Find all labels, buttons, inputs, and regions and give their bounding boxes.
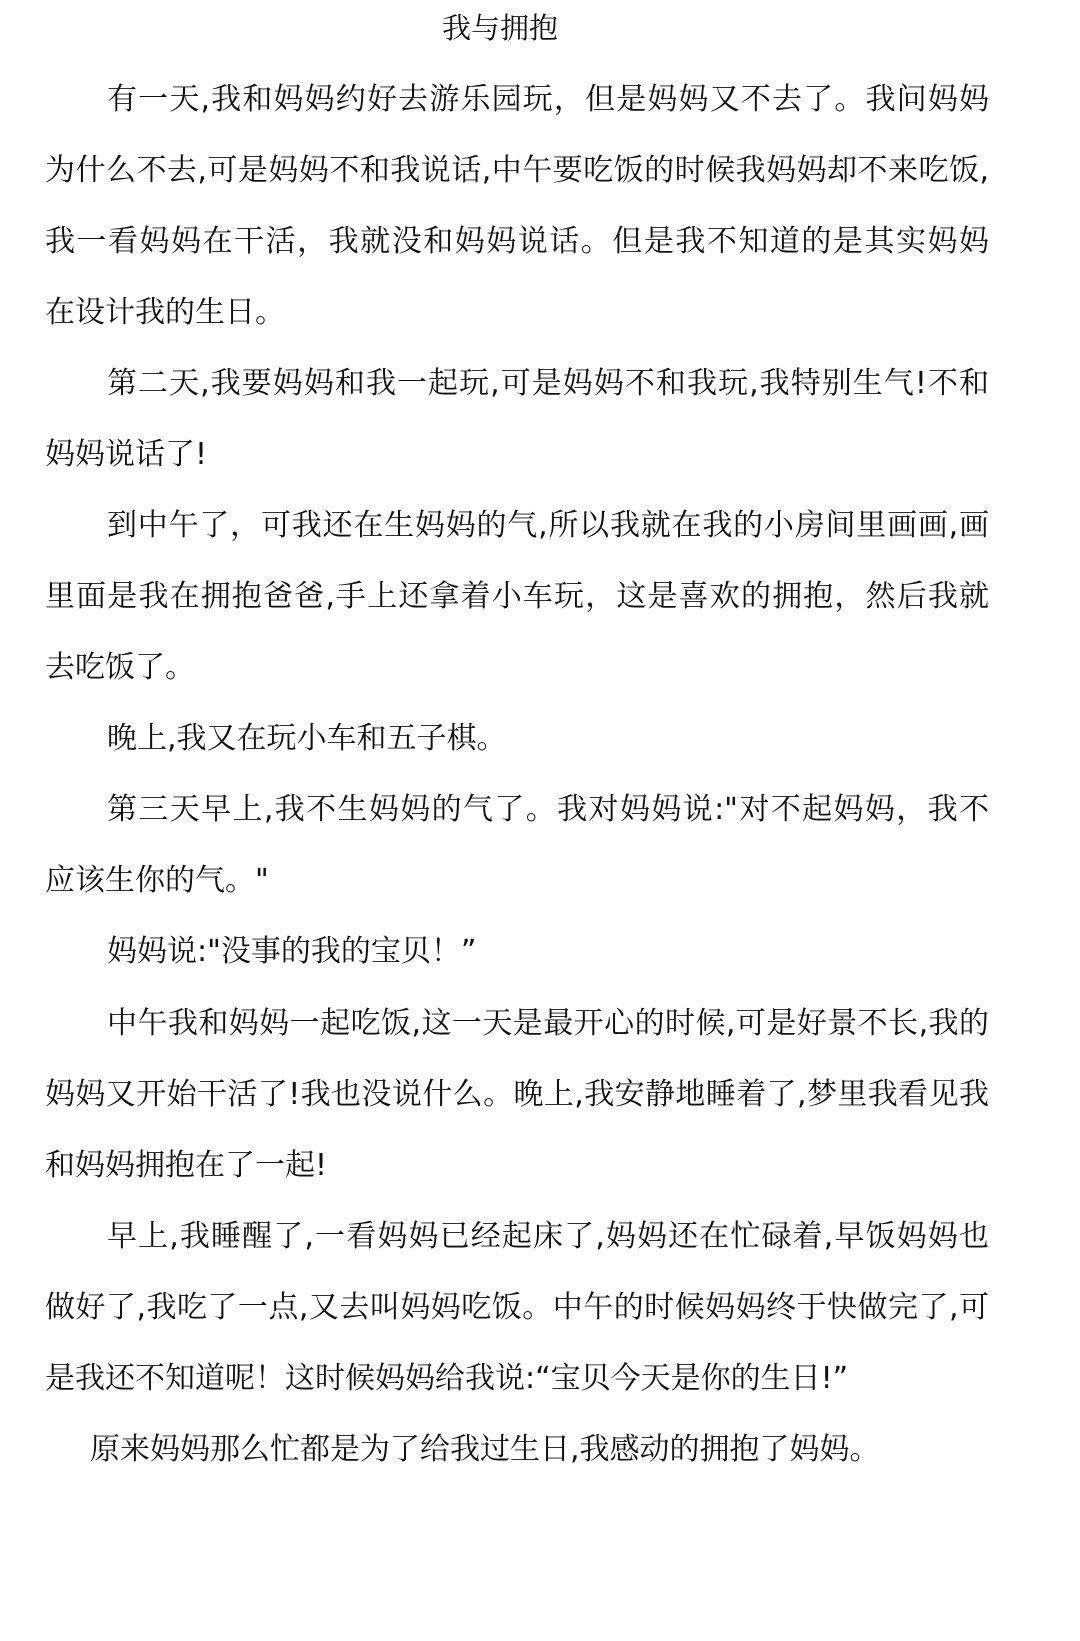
paragraph-line: 我一看妈妈在干活，我就没和妈妈说话。但是我不知道的是其实妈妈 bbox=[45, 222, 989, 262]
paragraph-line: 为什么不去,可是妈妈不和我说话,中午要吃饭的时候我妈妈却不来吃饭, bbox=[45, 151, 989, 191]
paragraph-line: 第二天,我要妈妈和我一起玩,可是妈妈不和我玩,我特别生气!不和 bbox=[107, 364, 989, 404]
paragraph-line: 有一天,我和妈妈约好去游乐园玩，但是妈妈又不去了。我问妈妈 bbox=[107, 80, 989, 120]
paragraph-line: 应该生你的气。" bbox=[45, 861, 269, 901]
paragraph-line: 原来妈妈那么忙都是为了给我过生日,我感动的拥抱了妈妈。 bbox=[90, 1430, 880, 1470]
paragraph-line: 里面是我在拥抱爸爸,手上还拿着小车玩，这是喜欢的拥抱，然后我就 bbox=[45, 577, 989, 617]
paragraph-line: 妈妈又开始干活了!我也没说什么。晚上,我安静地睡着了,梦里我看见我 bbox=[45, 1075, 989, 1115]
paragraph-line: 早上,我睡醒了,一看妈妈已经起床了,妈妈还在忙碌着,早饭妈妈也 bbox=[107, 1217, 989, 1257]
paragraph-line: 到中午了，可我还在生妈妈的气,所以我就在我的小房间里画画,画 bbox=[107, 506, 989, 546]
paragraph-line: 妈妈说话了! bbox=[45, 435, 207, 475]
paragraph-line: 妈妈说:"没事的我的宝贝！” bbox=[107, 932, 476, 972]
paragraph-line: 做好了,我吃了一点,又去叫妈妈吃饭。中午的时候妈妈终于快做完了,可 bbox=[45, 1288, 989, 1328]
paragraph-line: 是我还不知道呢！这时候妈妈给我说:“宝贝今天是你的生日!” bbox=[45, 1359, 848, 1399]
paragraph-line: 和妈妈拥抱在了一起! bbox=[45, 1146, 327, 1186]
essay-title: 我与拥抱 bbox=[0, 8, 1000, 48]
paragraph-line: 在设计我的生日。 bbox=[45, 293, 285, 333]
paragraph-line: 中午我和妈妈一起吃饭,这一天是最开心的时候,可是好景不长,我的 bbox=[107, 1004, 989, 1044]
paragraph-line: 晚上,我又在玩小车和五子棋。 bbox=[107, 719, 507, 759]
paragraph-line: 第三天早上,我不生妈妈的气了。我对妈妈说:"对不起妈妈，我不 bbox=[107, 790, 989, 830]
paragraph-line: 去吃饭了。 bbox=[45, 648, 195, 688]
